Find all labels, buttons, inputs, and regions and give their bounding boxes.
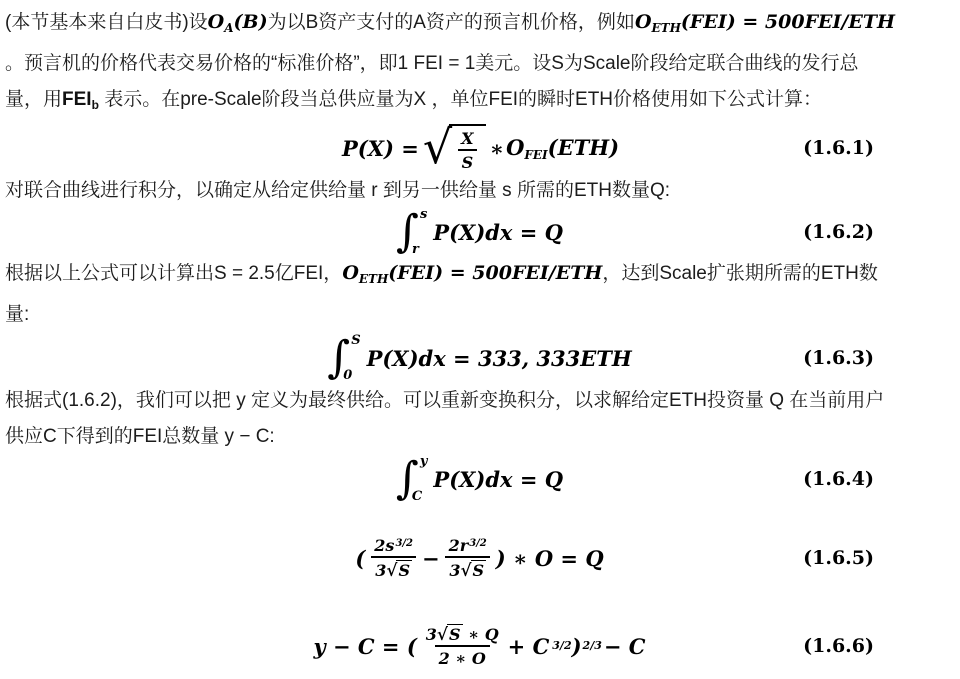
exponent: 3/2	[395, 538, 413, 549]
integral-lower-limit: 0	[343, 369, 352, 382]
equation-number: (1.6.1)	[803, 137, 874, 159]
integral-upper-limit: s	[420, 208, 427, 221]
text-subscript: b	[92, 98, 99, 112]
text-run: 量，用	[5, 89, 62, 110]
text-run: 。预言机的价格代表交易价格的“标准价格”，即1 FEI = 1美元。设S为Sca…	[5, 53, 858, 74]
denominator: 3√S	[371, 556, 416, 580]
math-symbol: O	[635, 11, 652, 33]
math-symbol: (B)	[234, 11, 268, 33]
fraction-1: 2s3/23√S	[370, 536, 417, 580]
denominator: S	[458, 149, 478, 172]
math-subscript: ETH	[652, 21, 681, 35]
numerator: 2s3/2	[370, 536, 417, 556]
exponent: 3/2	[469, 538, 487, 549]
math-operator: + C	[508, 634, 550, 659]
radical: √XS	[423, 124, 486, 172]
equation-1-6-4: ∫yC P(X)dx = Q (1.6.4)	[5, 455, 954, 503]
text-line-2: 。预言机的价格代表交易价格的“标准价格”，即1 FEI = 1美元。设S为Sca…	[5, 46, 954, 82]
equation-1-6-2: ∫sr P(X)dx = Q (1.6.2)	[5, 209, 954, 255]
text-run: 为以B资产支付的A资产的预言机价格，例如	[268, 12, 635, 33]
math-symbol: O	[506, 135, 524, 160]
math-operator: −	[422, 546, 440, 571]
text-run: FEI	[62, 89, 92, 110]
math-rhs: − C	[604, 634, 646, 659]
equation-number: (1.6.4)	[803, 468, 874, 490]
equation-number: (1.6.2)	[803, 221, 874, 243]
integral-upper-limit: S	[351, 334, 360, 347]
integral: ∫yC	[396, 454, 428, 504]
numerator: 3√S ∗ Q	[422, 624, 503, 645]
math-lhs: P(X) =	[342, 136, 419, 161]
paragraph-2: 对联合曲线进行积分，以确定从给定供给量 r 到另一供给量 s 所需的ETH数量Q…	[5, 173, 954, 209]
text-run: 表示。在pre-Scale阶段当总供应量为X ，单位FEI的瞬时ETH价格使用如…	[99, 89, 822, 110]
radical: √S	[460, 560, 486, 580]
equation-number: (1.6.5)	[803, 547, 874, 569]
math-body: P(X)dx = 333, 333ETH	[367, 346, 632, 371]
paragraph-1: (本节基本来自白皮书)设OA(B)为以B资产支付的A资产的预言机价格，例如OET…	[5, 4, 954, 123]
math-symbol: (ETH)	[548, 135, 619, 160]
inline-math-oa-b: OA(B)	[208, 11, 268, 33]
text-run: 供应C下得到的FEI总数量 y − C:	[5, 426, 275, 447]
math-paren: (	[355, 546, 365, 571]
equation-1-6-1: P(X) = √XS ∗ OFEI(ETH) (1.6.1)	[5, 123, 954, 173]
equation-1-6-6: y − C = ( 3√S ∗ Q2 ∗ O + C3/2)2/3 − C (1…	[5, 609, 954, 679]
math-subscript: A	[224, 21, 233, 35]
denominator: 3√S	[445, 556, 490, 580]
math-symbol: (FEI) = 500FEI/ETH	[388, 262, 602, 284]
math-subscript: FEI	[524, 148, 547, 162]
text-run: 量:	[5, 304, 29, 325]
equation-1-6-3: ∫S0 P(X)dx = 333, 333ETH (1.6.3)	[5, 333, 954, 383]
equation-number: (1.6.6)	[803, 635, 874, 657]
math-lhs: y − C = (	[313, 634, 416, 659]
fraction-2: 2r3/23√S	[445, 536, 491, 580]
text-line-2: 量:	[5, 297, 954, 333]
math-body: P(X)dx = Q	[433, 467, 563, 492]
fei-b-term: FEIb	[62, 89, 99, 110]
paragraph-4: 根据式(1.6.2)，我们可以把 y 定义为最终供给。可以重新变换积分，以求解给…	[5, 383, 954, 455]
inline-math-ofei-eth: OFEI(ETH)	[506, 135, 619, 162]
math-paren: )	[572, 634, 582, 659]
text-line-3: 量，用FEIb 表示。在pre-Scale阶段当总供应量为X ，单位FEI的瞬时…	[5, 82, 954, 123]
inline-math-oeth-fei: OETH(FEI) = 500FEI/ETH	[635, 11, 895, 33]
text-run: ，达到Scale扩张期所需的ETH数	[602, 263, 878, 284]
math-rhs: ) ∗ O = Q	[496, 546, 604, 571]
integral: ∫sr	[396, 207, 427, 257]
text-run: (本节基本来自白皮书)设	[5, 12, 208, 33]
sqrt-sign: √	[423, 127, 452, 168]
paragraph-3: 根据以上公式可以计算出S = 2.5亿FEI，OETH(FEI) = 500FE…	[5, 255, 954, 333]
numerator: X	[457, 129, 477, 149]
document-page: (本节基本来自白皮书)设OA(B)为以B资产支付的A资产的预言机价格，例如OET…	[0, 0, 960, 679]
denominator: 2 ∗ O	[435, 645, 490, 668]
integral-upper-limit: y	[420, 455, 428, 468]
text-line-1: (本节基本来自白皮书)设OA(B)为以B资产支付的A资产的预言机价格，例如OET…	[5, 4, 954, 46]
math-subscript: ETH	[359, 272, 388, 286]
math-symbol: O	[208, 11, 225, 33]
text-run: 对联合曲线进行积分，以确定从给定供给量 r 到另一供给量 s 所需的ETH数量Q…	[5, 180, 670, 201]
inline-math-oeth-fei: OETH(FEI) = 500FEI/ETH	[342, 262, 602, 284]
integral: ∫S0	[327, 333, 360, 383]
text-line-2: 供应C下得到的FEI总数量 y − C:	[5, 419, 954, 455]
integral-lower-limit: r	[412, 243, 419, 256]
math-symbol: (FEI) = 500FEI/ETH	[681, 11, 895, 33]
equation-1-6-5: ( 2s3/23√S − 2r3/23√S ) ∗ O = Q (1.6.5)	[5, 521, 954, 595]
radical: √S	[437, 624, 463, 644]
text-run: 根据式(1.6.2)，我们可以把 y 定义为最终供给。可以重新变换积分，以求解给…	[5, 390, 884, 411]
text-run: 根据以上公式可以计算出S = 2.5亿FEI，	[5, 263, 342, 284]
math-body: P(X)dx = Q	[433, 220, 563, 245]
integral-lower-limit: C	[412, 490, 422, 503]
math-operator: ∗	[490, 136, 505, 161]
numerator: 2r3/2	[445, 536, 491, 556]
text-line-1: 根据以上公式可以计算出S = 2.5亿FEI，OETH(FEI) = 500FE…	[5, 255, 954, 297]
radical: √S	[386, 560, 412, 580]
equation-number: (1.6.3)	[803, 347, 874, 369]
math-symbol: O	[342, 262, 359, 284]
fraction: 3√S ∗ Q2 ∗ O	[422, 624, 503, 668]
fraction: XS	[457, 129, 477, 172]
text-line-1: 根据式(1.6.2)，我们可以把 y 定义为最终供给。可以重新变换积分，以求解给…	[5, 383, 954, 419]
